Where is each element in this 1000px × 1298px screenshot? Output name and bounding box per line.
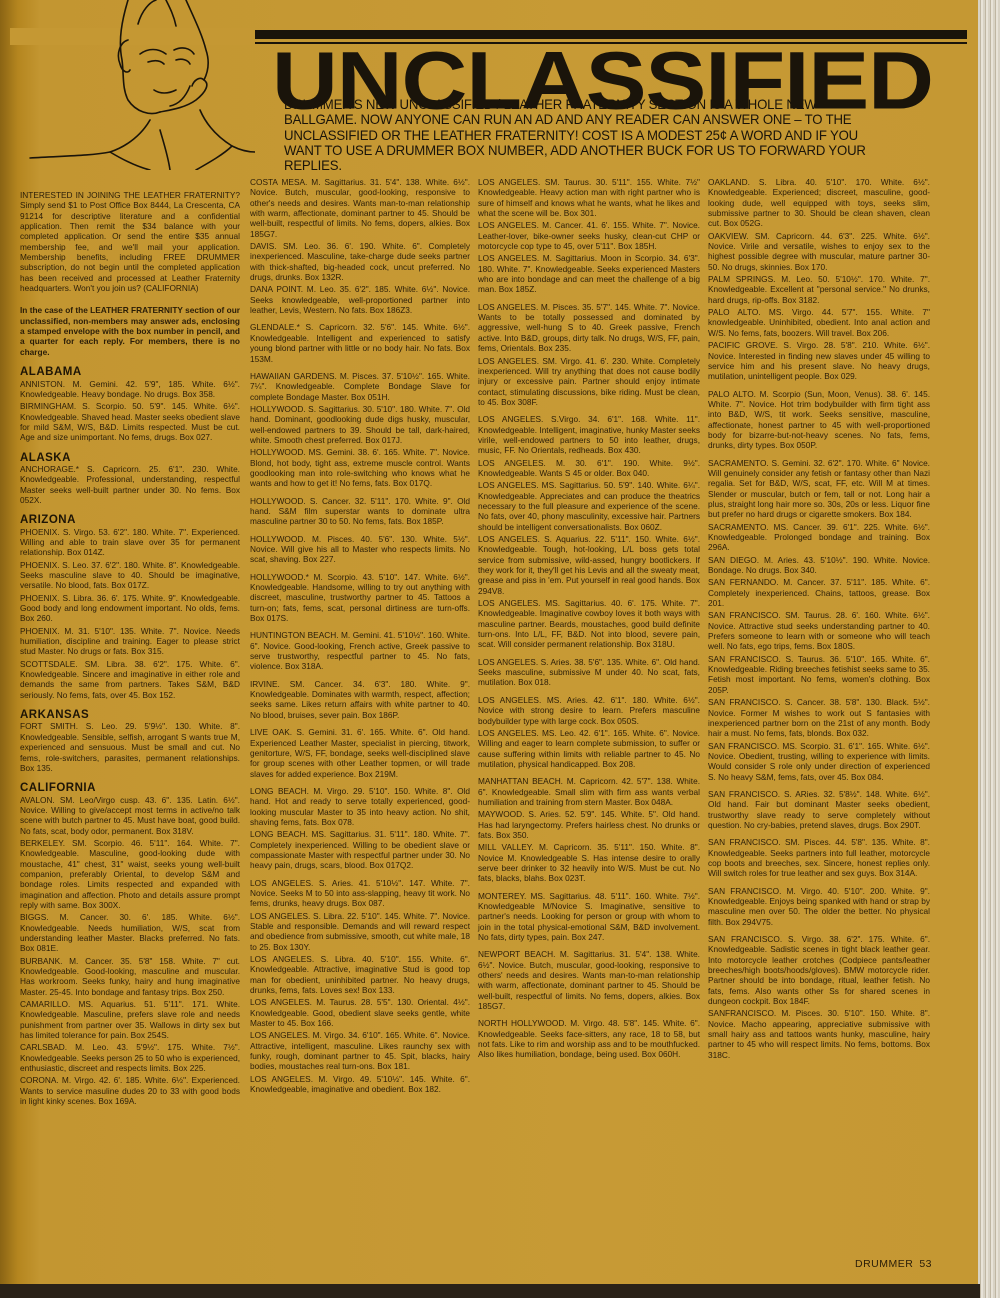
classified-ad: ANNISTON. M. Gemini. 42. 5'9", 185. Whit… xyxy=(20,379,240,400)
classified-ad: PACIFIC GROVE. S. Virgo. 28. 5'8". 210. … xyxy=(708,340,930,381)
classified-ad: PHOENIX. M. 31. 5'10". 135. White. 7". N… xyxy=(20,626,240,657)
classified-ad: LONG BEACH. M. Virgo. 29. 5'10". 150. Wh… xyxy=(250,786,470,827)
classified-ad: SAN DIEGO. M. Aries. 43. 5'10½". 190. Wh… xyxy=(708,555,930,576)
classified-ad: PALM SPRINGS. M. Leo. 50. 5'10½". 170. W… xyxy=(708,274,930,305)
state-heading: ARIZONA xyxy=(20,515,240,525)
classified-ad: LOS ANGELES. MS. Aries. 42. 6'1". 180. W… xyxy=(478,695,700,726)
classified-ad: HOLLYWOOD. S. Cancer. 32. 5'11". 170. Wh… xyxy=(250,496,470,527)
illustration-man-portrait xyxy=(10,0,255,170)
column-1: INTERESTED IN JOINING THE LEATHER FRATER… xyxy=(20,190,240,1109)
state-heading: ARKANSAS xyxy=(20,710,240,720)
classified-ad: HAWAIIAN GARDENS. M. Pisces. 37. 5'10½".… xyxy=(250,371,470,402)
classified-ad: HOLLYWOOD.* M. Scorpio. 43. 5'10". 147. … xyxy=(250,572,470,624)
publication-name: DRUMMER xyxy=(855,1258,913,1270)
classified-ad: SAN FRANCISCO. MS. Scorpio. 31. 6'1". 16… xyxy=(708,741,930,782)
classified-ad: LOS ANGELES. SM. Taurus. 30. 5'11". 155.… xyxy=(478,177,700,218)
classified-ad: MILL VALLEY. M. Capricorn. 35. 5'11". 15… xyxy=(478,842,700,883)
classified-ad: BERKELEY. SM. Scorpio. 46. 5'11". 164. W… xyxy=(20,838,240,910)
column-2: COSTA MESA. M. Sagittarius. 31. 5'4". 13… xyxy=(250,177,470,1097)
classified-ad: SAN FRANCISCO. SM. Pisces. 44. 5'8". 135… xyxy=(708,837,930,878)
classified-ad: DANA POINT. M. Leo. 35. 6'2". 185. White… xyxy=(250,284,470,315)
classified-ad: GLENDALE.* S. Capricorn. 32. 5'6". 145. … xyxy=(250,322,470,363)
classified-ad: FORT SMITH. S. Leo. 29. 5'9½". 130. Whit… xyxy=(20,721,240,773)
leather-fraternity-reply-notice: In the case of the LEATHER FRATERNITY se… xyxy=(20,305,240,357)
classified-ad: CARLSBAD. M. Leo. 43. 5'9½". 175. White.… xyxy=(20,1042,240,1073)
column-3: LOS ANGELES. SM. Taurus. 30. 5'11". 155.… xyxy=(478,177,700,1062)
classified-ad: LOS ANGELES. MS. Sagittarius. 50. 5'9". … xyxy=(478,480,700,532)
classified-ad: CORONA. M. Virgo. 42. 6'. 185. White. 6½… xyxy=(20,1075,240,1106)
classified-ad: OAKVIEW. SM. Capricorn. 44. 6'3". 225. W… xyxy=(708,231,930,272)
classified-ad: NORTH HOLLYWOOD. M. Virgo. 48. 5'8". 145… xyxy=(478,1018,700,1059)
classified-ad: AVALON. SM. Leo/Virgo cusp. 43. 6". 135.… xyxy=(20,795,240,836)
classified-ad: LOS ANGELES. MS. Leo. 42. 6'1". 165. Whi… xyxy=(478,728,700,769)
classified-ad: LOS ANGELES. S.Virgo. 34. 6'1". 168. Whi… xyxy=(478,414,700,455)
classified-ad: SACRAMENTO. S. Gemini. 32. 6'2". 170. Wh… xyxy=(708,458,930,520)
column-4: OAKLAND. S. Libra. 40. 5'10". 170. White… xyxy=(708,177,930,1062)
classified-ad: LOS ANGELES. S. Libra. 22. 5'10". 145. W… xyxy=(250,911,470,952)
page-number: 53 xyxy=(919,1258,932,1270)
classified-ad: PHOENIX. S. Leo. 37. 6'2". 180. White. 8… xyxy=(20,560,240,591)
classified-ad: SACRAMENTO. MS. Cancer. 39. 6'1". 225. W… xyxy=(708,522,930,553)
classified-ad: BIGGS. M. Cancer. 30. 6'. 185. White. 6½… xyxy=(20,912,240,953)
classified-ad: OAKLAND. S. Libra. 40. 5'10". 170. White… xyxy=(708,177,930,229)
classified-ad: SAN FRANCISCO. S. Taurus. 36. 5'10". 165… xyxy=(708,654,930,695)
classified-ad: SAN FRANCISCO. SM. Taurus. 28. 6'. 160. … xyxy=(708,610,930,651)
classified-ad: MONTEREY. MS. Sagittarius. 48. 5'11". 16… xyxy=(478,891,700,943)
section-intro: Drummer's new Unclassified / Leather Fra… xyxy=(284,97,866,173)
classified-ad: SAN FRANCISCO. M. Virgo. 40. 5'10". 200.… xyxy=(708,886,930,927)
classified-ad: CAMARILLO. MS. Aquarius. 51. 5'11". 171.… xyxy=(20,999,240,1040)
classified-ad: SAN FERNANDO. M. Cancer. 37. 5'11". 185.… xyxy=(708,577,930,608)
state-heading: ALASKA xyxy=(20,453,240,463)
page-folio: DRUMMER53 xyxy=(855,1258,932,1270)
page-bottom-shadow xyxy=(0,1284,980,1298)
classified-ad: BIRMINGHAM. S. Scorpio. 50. 5'9". 145. W… xyxy=(20,401,240,442)
classified-ad: LOS ANGELES. SM. Virgo. 41. 6'. 230. Whi… xyxy=(478,356,700,408)
classified-ad: MANHATTAN BEACH. M. Capricorn. 42. 5'7".… xyxy=(478,776,700,807)
classified-ad: LOS ANGELES. S. Aries. 41. 5'10½". 147. … xyxy=(250,878,470,909)
classified-ad: LOS ANGELES. M. Virgo. 49. 5'10½". 145. … xyxy=(250,1074,470,1095)
classified-ad: PALO ALTO. M. Scorpio (Sun, Moon, Venus)… xyxy=(708,389,930,451)
leather-fraternity-join-notice: INTERESTED IN JOINING THE LEATHER FRATER… xyxy=(20,190,240,293)
classified-ad: BURBANK. M. Cancer. 35. 5'8" 158. White.… xyxy=(20,956,240,997)
classified-ad: LOS ANGELES. S. Libra. 40. 5'10". 155. W… xyxy=(250,954,470,995)
classified-ad: SAN FRANCISCO. S. Virgo. 38. 6'2". 175. … xyxy=(708,934,930,1006)
classified-ad: COSTA MESA. M. Sagittarius. 31. 5'4". 13… xyxy=(250,177,470,239)
classified-ad: LOS ANGELES. M. Pisces. 35. 5'7". 145. W… xyxy=(478,302,700,354)
state-heading: ALABAMA xyxy=(20,367,240,377)
classified-ad: SANFRANCISCO. M. Pisces. 30. 5'10". 150.… xyxy=(708,1008,930,1060)
classified-ad: HOLLYWOOD. S. Sagittarius. 30. 5'10". 18… xyxy=(250,404,470,445)
classified-ad: LOS ANGELES. M. Taurus. 28. 5'5". 130. O… xyxy=(250,997,470,1028)
classified-ad: NEWPORT BEACH. M. Sagittarius. 31. 5'4".… xyxy=(478,949,700,1011)
classified-ad: PALO ALTO. MS. Virgo. 44. 5'7". 155. Whi… xyxy=(708,307,930,338)
classified-ad: LOS ANGELES. M. Sagittarius. Moon in Sco… xyxy=(478,253,700,294)
classified-ad: LOS ANGELES. M. 30. 6'1". 190. White. 9½… xyxy=(478,458,700,479)
classified-ad: LONG BEACH. MS. Sagittarius. 31. 5'11". … xyxy=(250,829,470,870)
state-heading: CALIFORNIA xyxy=(20,783,240,793)
magazine-page: UNCLASSIFIED Drummer's new Unclassified … xyxy=(0,0,978,1290)
classified-ad: SCOTTSDALE. SM. Libra. 38. 6'2". 175. Wh… xyxy=(20,659,240,700)
classified-ad: LOS ANGELES. S. Aquarius. 22. 5'11". 150… xyxy=(478,534,700,596)
page-edge xyxy=(978,0,1000,1298)
classified-ad: HOLLYWOOD. M. Pisces. 40. 5'6". 130. Whi… xyxy=(250,534,470,565)
classified-ad: LOS ANGELES. MS. Sagittarius. 40. 6'. 17… xyxy=(478,598,700,650)
classified-ad: PHOENIX. S. Libra. 36. 6'. 175. White. 9… xyxy=(20,593,240,624)
classified-ad: LIVE OAK. S. Gemini. 31. 6'. 165. White.… xyxy=(250,727,470,779)
classified-ad: ANCHORAGE.* S. Capricorn. 25. 6'1". 230.… xyxy=(20,464,240,505)
classified-ad: IRVINE. SM. Cancer. 34. 6'3". 180. White… xyxy=(250,679,470,720)
classified-ad: HOLLYWOOD. MS. Gemini. 38. 6'. 165. Whit… xyxy=(250,447,470,488)
classified-ad: HUNTINGTON BEACH. M. Gemini. 41. 5'10½".… xyxy=(250,630,470,671)
classified-ad: LOS ANGELES. M. Cancer. 41. 6'. 155. Whi… xyxy=(478,220,700,251)
classified-ad: LOS ANGELES. S. Aries. 38. 5'6". 135. Wh… xyxy=(478,657,700,688)
classified-ad: SAN FRANCISCO. S. Cancer. 38. 5'8". 130.… xyxy=(708,697,930,738)
classified-ad: DAVIS. SM. Leo. 36. 6'. 190. White. 6". … xyxy=(250,241,470,282)
classified-ad: LOS ANGELES. M. Virgo. 34. 6'10". 165. W… xyxy=(250,1030,470,1071)
classified-ad: PHOENIX. S. Virgo. 53. 6'2". 180. White.… xyxy=(20,527,240,558)
classified-ad: SAN FRANCISCO. S. ARies. 32. 5'8½". 148.… xyxy=(708,789,930,830)
classified-ad: MAYWOOD. S. Aries. 52. 5'9". 145. White.… xyxy=(478,809,700,840)
